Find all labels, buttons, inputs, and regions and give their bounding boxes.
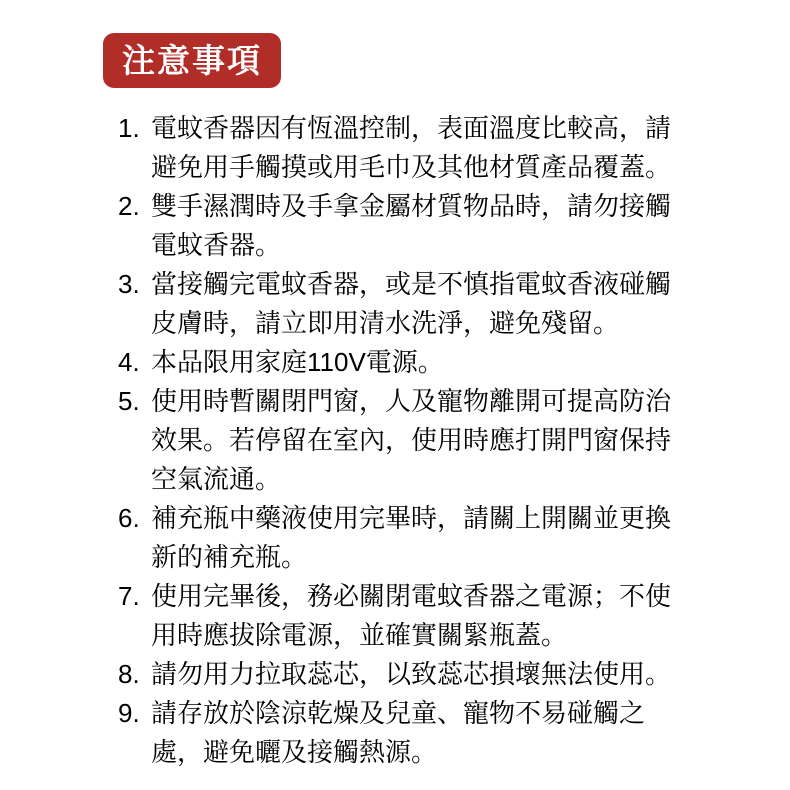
list-item: 8. 請勿用力拉取蕊芯，以致蕊芯損壞無法使用。: [118, 655, 680, 694]
list-item: 3. 當接觸完電蚊香器，或是不慎指電蚊香液碰觸皮膚時，請立即用清水洗淨，避免殘留…: [118, 265, 680, 343]
list-item-text: 請存放於陰涼乾燥及兒童、寵物不易碰觸之處，避免曬及接觸熱源。: [151, 694, 680, 772]
list-item: 6. 補充瓶中藥液使用完畢時，請關上開關並更換新的補充瓶。: [118, 499, 680, 577]
list-item-number: 6.: [118, 499, 151, 538]
list-item-text: 電蚊香器因有恆溫控制，表面溫度比較高，請避免用手觸摸或用毛巾及其他材質產品覆蓋。: [151, 109, 680, 187]
precautions-page: 注意事項 1. 電蚊香器因有恆溫控制，表面溫度比較高，請避免用手觸摸或用毛巾及其…: [0, 0, 790, 790]
list-item-number: 2.: [118, 187, 151, 226]
list-item-number: 9.: [118, 694, 151, 733]
list-item: 4. 本品限用家庭110V電源。: [118, 343, 680, 382]
list-item-text: 雙手濕潤時及手拿金屬材質物品時，請勿接觸電蚊香器。: [151, 187, 680, 265]
list-item: 7. 使用完畢後，務必關閉電蚊香器之電源；不使用時應拔除電源，並確實關緊瓶蓋。: [118, 577, 680, 655]
list-item-text: 當接觸完電蚊香器，或是不慎指電蚊香液碰觸皮膚時，請立即用清水洗淨，避免殘留。: [151, 265, 680, 343]
list-item-text: 使用完畢後，務必關閉電蚊香器之電源；不使用時應拔除電源，並確實關緊瓶蓋。: [151, 577, 680, 655]
list-item-text: 使用時暫關閉門窗，人及寵物離開可提高防治效果。若停留在室內，使用時應打開門窗保持…: [151, 382, 680, 499]
list-item-number: 5.: [118, 382, 151, 421]
list-item-number: 3.: [118, 265, 151, 304]
section-title: 注意事項: [122, 44, 262, 77]
precautions-list: 1. 電蚊香器因有恆溫控制，表面溫度比較高，請避免用手觸摸或用毛巾及其他材質產品…: [118, 109, 680, 772]
list-item: 9. 請存放於陰涼乾燥及兒童、寵物不易碰觸之處，避免曬及接觸熱源。: [118, 694, 680, 772]
list-item-text: 請勿用力拉取蕊芯，以致蕊芯損壞無法使用。: [151, 655, 680, 694]
list-item: 5. 使用時暫關閉門窗，人及寵物離開可提高防治效果。若停留在室內，使用時應打開門…: [118, 382, 680, 499]
list-item-text: 補充瓶中藥液使用完畢時，請關上開關並更換新的補充瓶。: [151, 499, 680, 577]
list-item-number: 7.: [118, 577, 151, 616]
list-item-number: 4.: [118, 343, 151, 382]
list-item-number: 8.: [118, 655, 151, 694]
list-item-number: 1.: [118, 109, 151, 148]
section-title-badge: 注意事項: [103, 33, 281, 88]
list-item: 1. 電蚊香器因有恆溫控制，表面溫度比較高，請避免用手觸摸或用毛巾及其他材質產品…: [118, 109, 680, 187]
list-item: 2. 雙手濕潤時及手拿金屬材質物品時，請勿接觸電蚊香器。: [118, 187, 680, 265]
list-item-text: 本品限用家庭110V電源。: [151, 343, 680, 382]
